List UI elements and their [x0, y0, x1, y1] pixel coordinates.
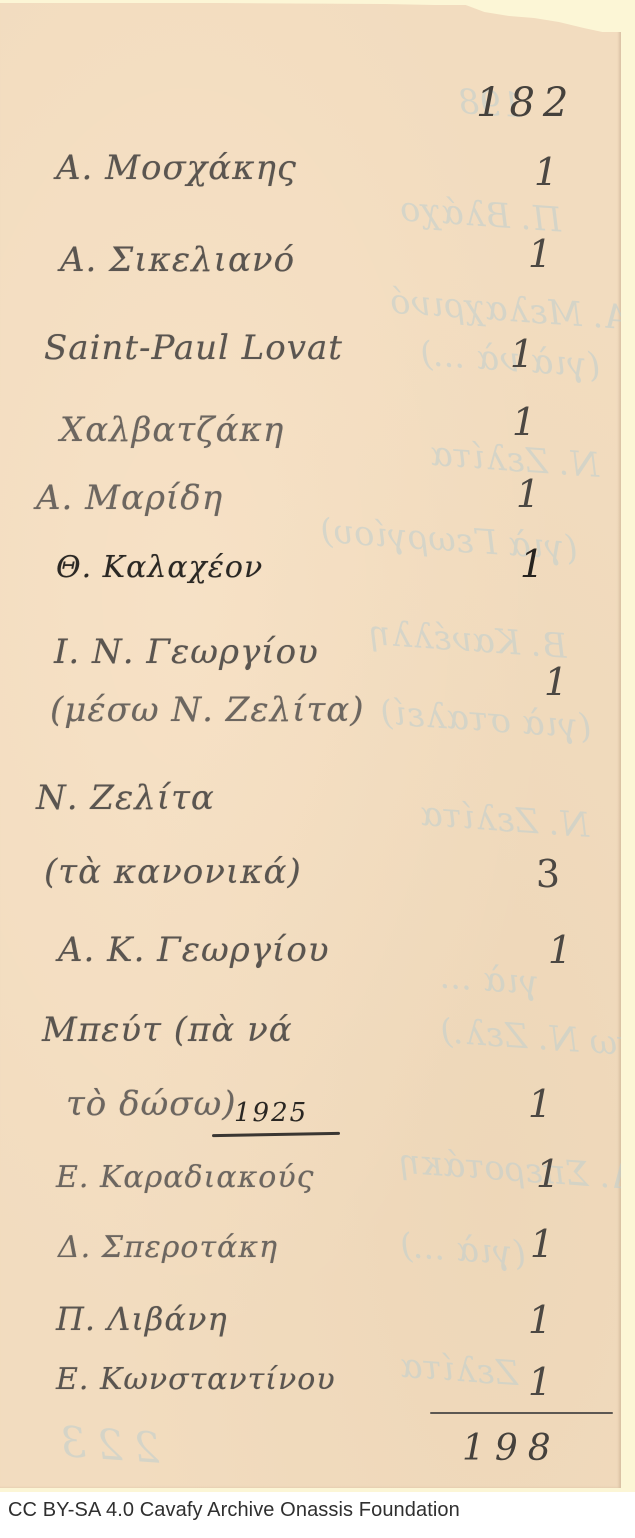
bleed-through-line: Α. Μελαχρινό	[389, 282, 630, 339]
entry-count: 1	[526, 150, 566, 194]
entry-count: 3	[528, 852, 568, 896]
bleed-through-line: Β. Κανέλλη	[369, 613, 569, 667]
entry-name: Ε. Καραδιακούς	[56, 1160, 314, 1195]
year-annotation: 1925	[234, 1098, 308, 1128]
entry-name: Α. Σικελιανό	[60, 240, 295, 280]
year-underline	[212, 1132, 340, 1137]
entry-name: Π. Λιβάνη	[56, 1300, 228, 1338]
entry-count: 1	[520, 1360, 560, 1404]
entry-name: Ε. Κωνσταντίνου	[56, 1362, 336, 1397]
entry-name: Χαλβατζάκη	[60, 410, 284, 450]
bleed-through-line: Δ. Σπεροτάκη	[399, 1142, 635, 1198]
entry-name: Θ. Καλαχέον	[56, 550, 263, 585]
entry-count: 1	[520, 1298, 560, 1342]
entry-count: 1	[504, 400, 544, 444]
entry-name: Α. Κ. Γεωργίου	[58, 930, 330, 970]
bleed-through-line: (γιὰ ...)	[399, 1226, 528, 1275]
paper-sheet: 198 Π. Βλάχο Α. Μελαχρινό (γιὰ νὰ ...) Ν…	[0, 0, 621, 1488]
entry-name-continuation: (μέσω Ν. Ζελίτα)	[50, 690, 365, 730]
bleed-through-line: γιὰ ...	[439, 957, 541, 1004]
entry-count: 1	[502, 332, 542, 376]
entry-name: Ν. Ζελίτα	[36, 778, 215, 818]
entry-name: Saint-Paul Lovat	[44, 328, 343, 368]
bleed-through-line: Ζελίτα	[399, 1346, 520, 1394]
entry-count: 1	[528, 1152, 568, 1196]
entry-count: 1	[540, 928, 580, 972]
carried-total: 182	[476, 80, 576, 126]
entry-name: Α. Μοσχάκης	[56, 148, 297, 188]
entry-count: 1	[512, 542, 552, 586]
bleed-through-line: Ν. Ζελίτα	[419, 794, 591, 846]
entry-name-continuation: (τὰ κανονικά)	[44, 852, 302, 892]
license-caption: CC BY-SA 4.0 Cavafy Archive Onassis Foun…	[8, 1499, 460, 1522]
entry-name-continuation: τὸ δώσω)	[66, 1084, 236, 1124]
bleed-through-total: 223	[48, 1416, 161, 1473]
bleed-through-line: (μέσω Ν. Ζελ.)	[439, 1011, 635, 1069]
entry-count: 1	[520, 1082, 560, 1126]
grand-total: 198	[462, 1428, 561, 1469]
entry-name: Α. Μαρίδη	[36, 478, 223, 518]
entry-name: Δ. Σπεροτάκη	[58, 1230, 278, 1265]
entry-count: 1	[520, 232, 560, 276]
sum-rule	[430, 1412, 613, 1414]
entry-name: Ι. Ν. Γεωργίου	[54, 632, 319, 672]
entry-count: 1	[508, 472, 548, 516]
entry-count: 1	[522, 1222, 562, 1266]
entry-count: 1	[536, 660, 576, 704]
entry-name: Μπεύτ (πὰ νά	[42, 1010, 293, 1050]
